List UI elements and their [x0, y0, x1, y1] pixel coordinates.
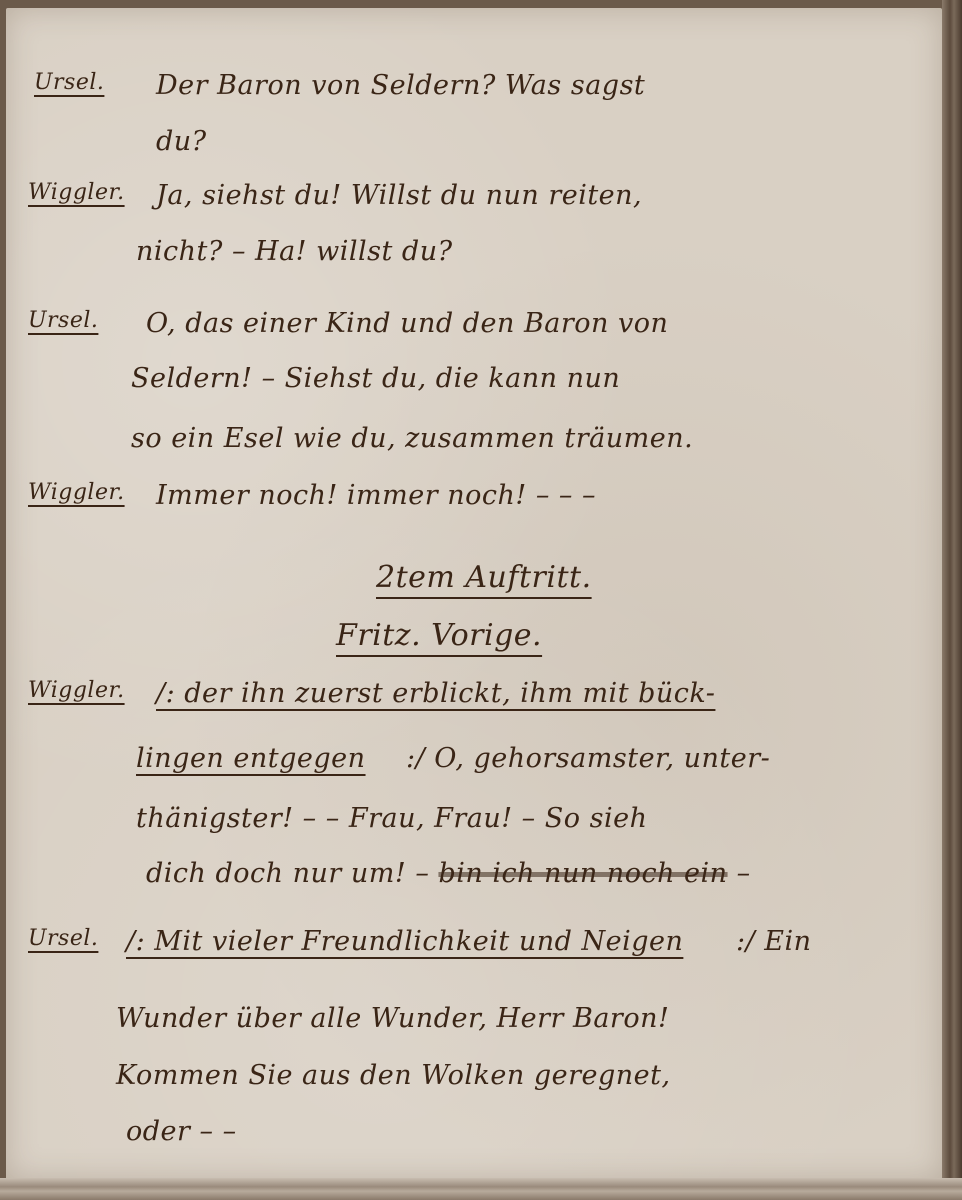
speaker-name: Ursel.: [28, 926, 98, 951]
speaker-name: Wiggler.: [28, 678, 125, 703]
dialogue-line: thänigster! – – Frau, Frau! – So sieh: [136, 803, 647, 834]
dialogue-line: :/ Ein: [736, 926, 812, 957]
dialogue-line: Kommen Sie aus den Wolken geregnet,: [116, 1060, 671, 1091]
dialogue-line: oder – –: [126, 1116, 237, 1147]
speaker-name: Ursel.: [34, 70, 104, 95]
manuscript-page: Ursel. Der Baron von Seldern? Was sagst …: [6, 8, 942, 1180]
scene-cast: Fritz. Vorige.: [336, 618, 542, 653]
stage-direction: lingen entgegen: [136, 743, 366, 774]
dialogue-line: Immer noch! immer noch! – – –: [156, 480, 596, 511]
dialogue-text: dich doch nur um! –: [146, 858, 429, 889]
dialogue-line: Ja, siehst du! Willst du nun reiten,: [156, 180, 642, 211]
stage-direction: /: Mit vieler Freundlichkeit und Neigen: [126, 926, 683, 957]
dialogue-line: nicht? – Ha! willst du?: [136, 236, 453, 267]
dialogue-line: Der Baron von Seldern? Was sagst: [156, 70, 645, 101]
speaker-name: Ursel.: [28, 308, 98, 333]
dialogue-line: Seldern! – Siehst du, die kann nun: [131, 363, 620, 394]
dialogue-line: O, das einer Kind und den Baron von: [146, 308, 668, 339]
speaker-name: Wiggler.: [28, 480, 125, 505]
dialogue-tail: –: [737, 858, 751, 889]
dialogue-line: so ein Esel wie du, zusammen träumen.: [131, 423, 693, 454]
page-bottom-edge: [0, 1178, 962, 1200]
dialogue-line: :/ O, gehorsamster, unter-: [406, 743, 770, 774]
dialogue-line: Wunder über alle Wunder, Herr Baron!: [116, 1003, 669, 1034]
struck-text: bin ich nun noch ein: [438, 858, 727, 889]
book-binding-edge: [942, 0, 962, 1200]
speaker-name: Wiggler.: [28, 180, 125, 205]
stage-direction: /: der ihn zuerst erblickt, ihm mit bück…: [156, 678, 715, 709]
dialogue-line: dich doch nur um! – bin ich nun noch ein…: [146, 858, 751, 889]
scene-heading: 2tem Auftritt.: [376, 560, 592, 595]
dialogue-line: du?: [156, 126, 207, 157]
